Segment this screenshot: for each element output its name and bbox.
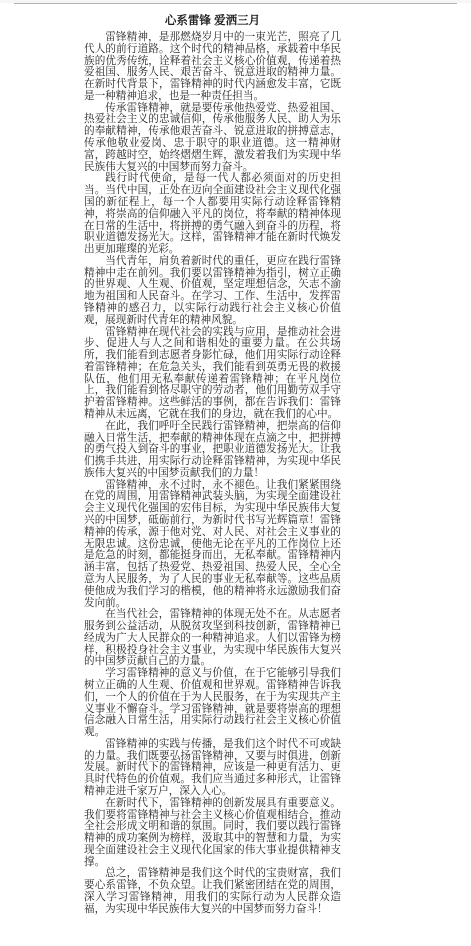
paragraph: 在当代社会，雷锋精神的体现无处不在。从志愿者服务到公益活动，从脱贫攻坚到科技创新… (84, 609, 341, 668)
paragraph: 总之，雷锋精神是我们这个时代的宝贵财富，我们要心系雷锋，不负众望。让我们紧密团结… (84, 868, 341, 915)
paragraph: 在新时代下，雷锋精神的创新发展具有重要意义。我们要将雷锋精神与社会主义核心价值观… (84, 798, 341, 869)
paragraph: 在此，我们呼吁全民践行雷锋精神，把崇高的信仰融入日常生活，把奉献的精神体现在点滴… (84, 421, 341, 480)
paragraph: 传承雷锋精神，就是要传承他热爱党、热爱祖国、热爱社会主义的忠诚信仰，传承他服务人… (84, 103, 341, 174)
paragraph: 雷锋精神在现代社会的实践与应用，是推动社会进步、促进人与人之间和谐相处的重要力量… (84, 327, 341, 421)
top-divider-line (14, 3, 457, 4)
paragraph: 雷锋精神，是那燃烧岁月中的一束光芒，照亮了几代人的前行道路。这个时代的精神品格，… (84, 32, 341, 103)
article-content: 心系雷锋 爱洒三月 雷锋精神，是那燃烧岁月中的一束光芒，照亮了几代人的前行道路。… (84, 14, 341, 916)
paragraph: 雷锋精神，永不过时，永不褪色。让我们紧紧围绕在党的周围，用雷锋精神武装头脑，为实… (84, 480, 341, 610)
document-page: 心系雷锋 爱洒三月 雷锋精神，是那燃烧岁月中的一束光芒，照亮了几代人的前行道路。… (0, 0, 471, 946)
page-title: 心系雷锋 爱洒三月 (84, 14, 341, 29)
paragraph: 学习雷锋精神的意义与价值，在于它能够引导我们树立正确的人生观、价值观和世界观。雷… (84, 668, 341, 739)
paragraph: 雷锋精神的实践与传播，是我们这个时代不可或缺的力量。我们既要弘扬雷锋精神，又要与… (84, 739, 341, 798)
paragraph: 当代青年，肩负着新时代的重任，更应在践行雷锋精神中走在前列。我们要以雷锋精神为指… (84, 256, 341, 327)
paragraph: 践行时代使命，是每一代人都必须面对的历史担当。当代中国，正处在迈向全面建设社会主… (84, 173, 341, 255)
